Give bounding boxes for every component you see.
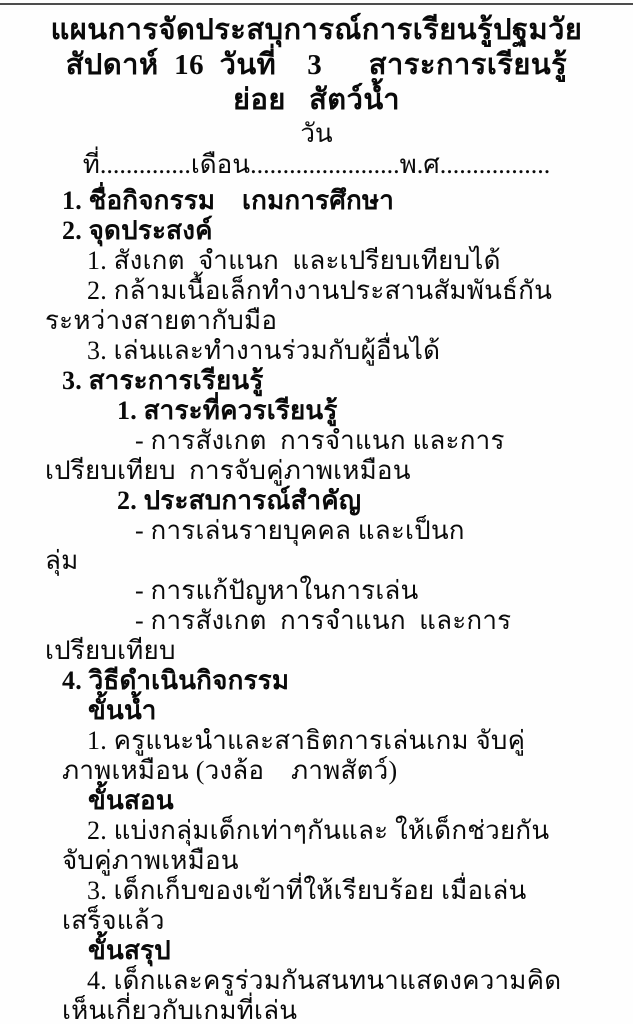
text-line: - การแก้ปัญหาในการเล่น	[0, 576, 633, 606]
text-line: 4. วิธีดำเนินกิจกรรม	[0, 666, 633, 696]
document-header: แผนการจัดประสบุการณ์การเรียนรู้ปฐมวัย สั…	[0, 0, 633, 180]
text-line: 2. จุดประสงค์	[0, 216, 633, 246]
text-line: 2. แบ่งกลุ่มเด็กเท่าๆกันและ ให้เด็กช่วยก…	[0, 816, 633, 846]
text-line: 3. เด็กเก็บของเข้าที่ให้เรียบร้อย เมื่อเ…	[0, 876, 633, 906]
text-line: ขั้นน้ำ	[0, 696, 633, 726]
text-line: 1. ชื่อกิจกรรม เกมการศึกษา	[0, 186, 633, 216]
page-top-border	[0, 3, 633, 5]
text-line: - การเล่นรายบุคคล และเป็นก	[0, 516, 633, 546]
text-line: เปรียบเทียบ	[0, 636, 633, 666]
text-line: 1. สาระที่ควรเรียนรู้	[0, 396, 633, 426]
text-line: ขั้นสรุป	[0, 936, 633, 966]
text-line: ภาพเหมือน (วงล้อ ภาพสัตว์)	[0, 756, 633, 786]
text-line: - การสังเกต การจำแนก และการ	[0, 606, 633, 636]
document-title-line-3: ย่อย สัตว์น้ำ	[0, 83, 633, 118]
text-line: 2. กล้ามเนื้อเล็กทำงานประสานสัมพันธ์กัน	[0, 276, 633, 306]
text-line: เห็นเกี่ยวกับเกมที่เล่น	[0, 996, 633, 1024]
text-line: เปรียบเทียบ การจับคู่ภาพเหมือน	[0, 456, 633, 486]
text-line: ขั้นสอน	[0, 786, 633, 816]
text-line: 2. ประสบการณ์สำคัญ	[0, 486, 633, 516]
document-title-line-2: สัปดาห์ 16 วันที่ 3 สาระการเรียนรู้	[0, 48, 633, 83]
text-line: เสร็จแล้ว	[0, 906, 633, 936]
text-line: ลุ่ม	[0, 546, 633, 576]
text-line: ระหว่างสายตากับมือ	[0, 306, 633, 336]
date-word: วัน	[0, 118, 633, 149]
scanned-document-page: แผนการจัดประสบุการณ์การเรียนรู้ปฐมวัย สั…	[0, 0, 633, 1024]
text-line: 4. เด็กและครูร่วมกันสนทนาแสดงความคิด	[0, 966, 633, 996]
text-line: 3. เล่นและทำงานร่วมกับผู้อื่นได้	[0, 336, 633, 366]
text-line: - การสังเกต การจำแนก และการ	[0, 426, 633, 456]
text-line: 1. สังเกต จำแนก และเปรียบเทียบได้	[0, 246, 633, 276]
text-line: จับคู่ภาพเหมือน	[0, 846, 633, 876]
document-title-line-1: แผนการจัดประสบุการณ์การเรียนรู้ปฐมวัย	[0, 13, 633, 48]
date-fill-in-line: ที่..............เดือน..................…	[0, 149, 633, 180]
text-line: 1. ครูแนะนำและสาธิตการเล่นเกม จับคู่	[0, 726, 633, 756]
document-body: 1. ชื่อกิจกรรม เกมการศึกษา2. จุดประสงค์1…	[0, 186, 633, 1024]
text-line: 3. สาระการเรียนรู้	[0, 366, 633, 396]
